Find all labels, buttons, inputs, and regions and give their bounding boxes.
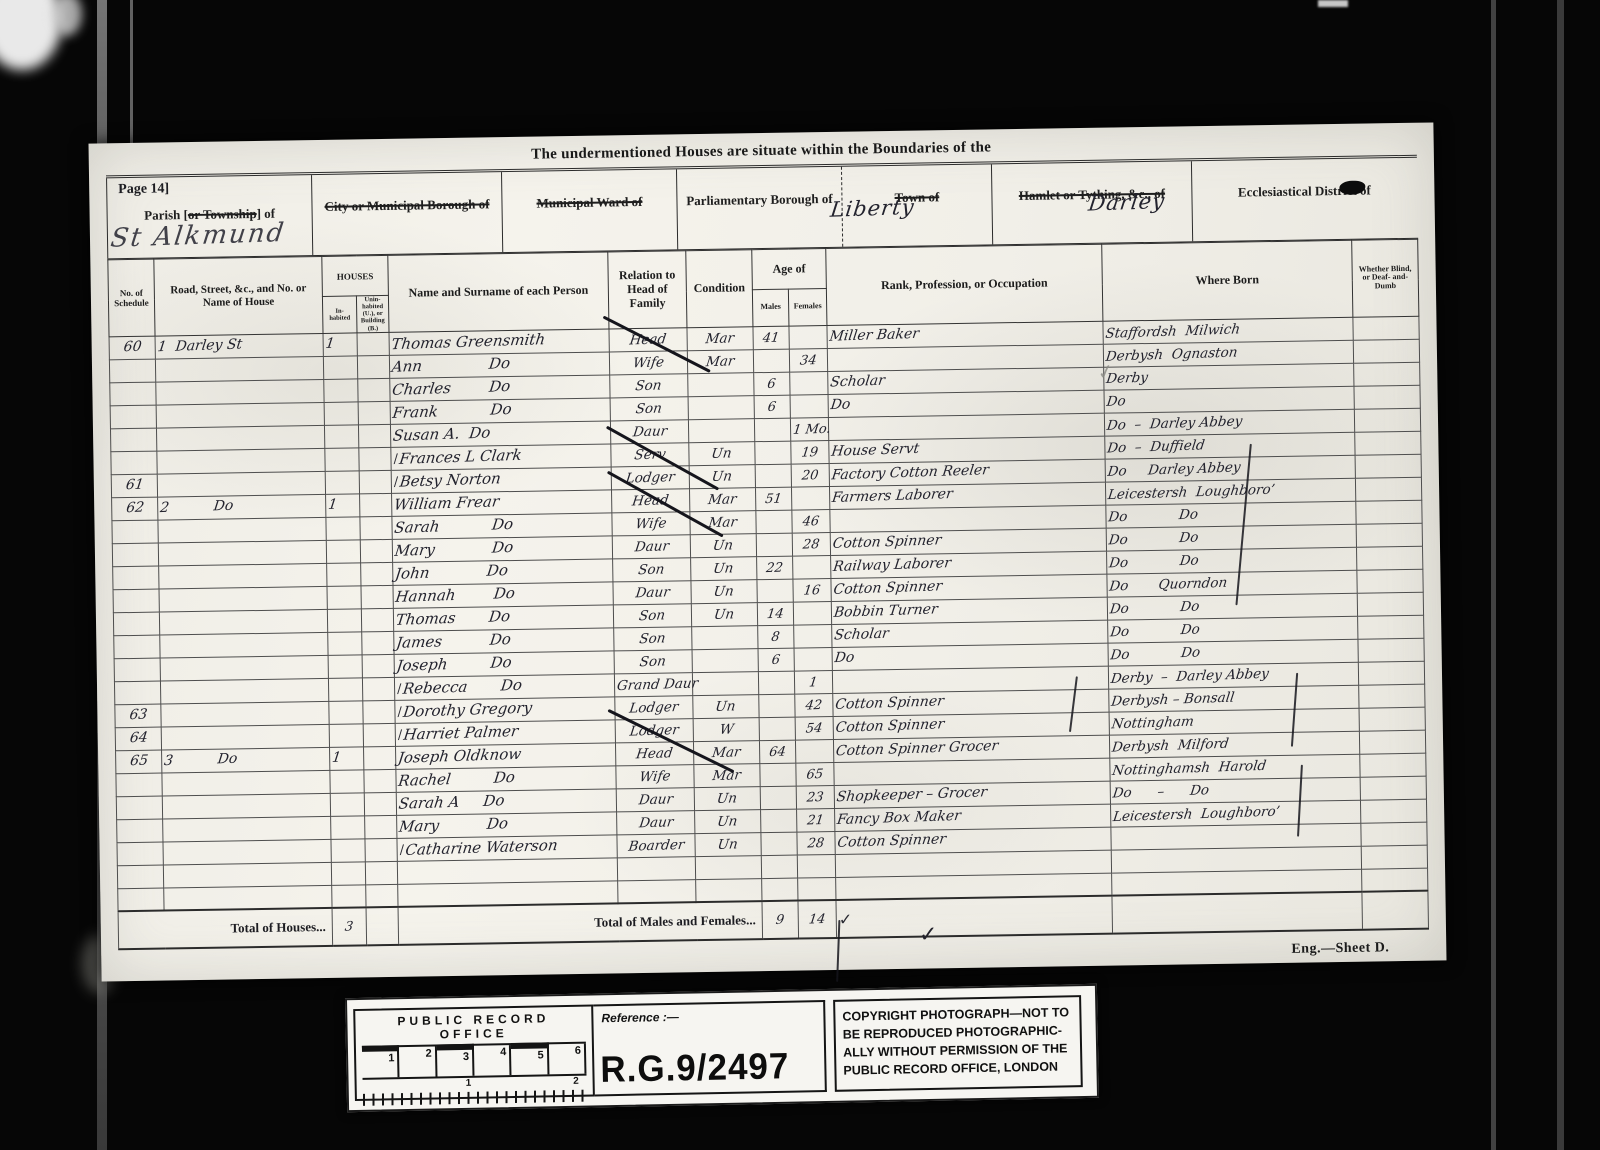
cell-age-m: 8 — [758, 625, 794, 649]
cell-inhabited — [326, 540, 360, 564]
cell-name: William Frear — [392, 490, 612, 516]
cell-schedule: 64 — [115, 727, 161, 751]
cell-condition: Un — [695, 832, 761, 856]
cell-relation: Lodger — [615, 695, 693, 719]
cell-uninhabited — [365, 838, 397, 862]
checkmark-icon: ✓ — [839, 909, 853, 928]
cell-blind — [1360, 753, 1426, 777]
cell-relation: Son — [613, 603, 691, 627]
cell-condition — [692, 671, 758, 695]
cell-road — [160, 655, 328, 681]
cell-age-m: 22 — [757, 556, 793, 580]
cell-name: ∕Frances L Clark — [391, 444, 611, 470]
cell-age-f: 23 — [796, 785, 834, 809]
col-header-occupation: Rank, Profession, or Occupation — [826, 244, 1103, 325]
cell-age-f: 20 — [791, 463, 829, 487]
cell-age-f — [794, 647, 832, 671]
total-males-females-label: Total of Males and Females... — [398, 901, 763, 945]
cell-inhabited — [328, 632, 362, 656]
cell-road — [157, 471, 325, 497]
film-edge-right-1 — [1491, 0, 1496, 1150]
cell-age-f — [798, 877, 836, 901]
cell-relation: Daur — [616, 787, 694, 811]
cell-schedule — [111, 451, 157, 475]
cell-uninhabited — [359, 447, 391, 471]
cell-uninhabited — [364, 769, 396, 793]
city-borough-field: City or Municipal Borough of — [311, 172, 502, 255]
cell-name: Joseph Do — [394, 651, 614, 677]
cell-inhabited — [327, 563, 361, 587]
cell-relation: Daur — [617, 810, 695, 834]
cell-road — [162, 770, 330, 796]
cell-blind — [1360, 799, 1426, 823]
cell-uninhabited — [357, 355, 389, 379]
cell-schedule — [114, 658, 160, 682]
cell-age-f: 28 — [792, 532, 830, 556]
cell-name: Rachel Do — [396, 766, 616, 792]
cell-age-m — [756, 533, 792, 557]
cell-name: Ann Do — [389, 352, 609, 378]
cell-uninhabited — [363, 723, 395, 747]
municipal-ward-field: Municipal Ward of — [501, 169, 677, 252]
cell-relation: Wife — [612, 511, 690, 535]
cell-inhabited — [332, 885, 366, 909]
cell-age-f: 19 — [791, 440, 829, 464]
cell-road — [158, 540, 326, 566]
cell-condition: Un — [695, 809, 761, 833]
cell-age-m — [759, 717, 795, 741]
cell-relation: Daur — [610, 419, 688, 443]
cell-relation: Son — [614, 626, 692, 650]
cell-inhabited: 1 — [330, 747, 364, 771]
cell-schedule — [110, 382, 156, 406]
empty-cell — [1362, 891, 1429, 930]
cell-inhabited — [324, 402, 358, 426]
cell-name: John Do — [393, 559, 613, 585]
col-header-blind: Whether Blind, or Deaf- and-Dumb — [1352, 239, 1419, 317]
cell-inhabited — [330, 770, 364, 794]
ruler-scale-top: 1 2 3 4 5 6 — [362, 1042, 587, 1078]
col-header-name: Name and Surname of each Person — [388, 252, 609, 332]
col-header-females: Females — [788, 289, 827, 326]
cell-relation: Boarder — [617, 833, 695, 857]
cell-age-m — [755, 441, 791, 465]
cell-age-f: 34 — [789, 348, 827, 372]
cell-age-m — [753, 349, 789, 373]
cell-relation: Wife — [616, 764, 694, 788]
cell-name: ∕Harriet Palmer — [395, 720, 615, 746]
clerk-tick: ∕ — [393, 452, 398, 467]
cell-condition: Un — [694, 786, 760, 810]
col-header-inhabited: In- habited — [322, 296, 357, 333]
cell-inhabited — [327, 586, 361, 610]
cell-age-m: 51 — [755, 487, 791, 511]
cell-inhabited — [325, 448, 359, 472]
cell-schedule — [117, 842, 163, 866]
cell-condition: Un — [689, 441, 755, 465]
cell-condition — [692, 648, 758, 672]
cell-blind — [1354, 362, 1420, 386]
cell-age-f: 42 — [795, 693, 833, 717]
cell-age-m: 6 — [754, 395, 790, 419]
cell-schedule — [117, 865, 163, 889]
cell-uninhabited — [359, 470, 391, 494]
cell-age-m — [761, 855, 797, 879]
census-table: No. of Schedule Road, Street, &c., and N… — [107, 239, 1429, 951]
cell-schedule — [112, 520, 158, 544]
pro-ruler: PUBLIC RECORD OFFICE 1 2 3 4 5 6 1 2 — [353, 1004, 595, 1101]
cell-inhabited — [328, 655, 362, 679]
cell-schedule — [110, 428, 156, 452]
parliamentary-borough-handwritten: Liberty — [829, 195, 916, 222]
cell-blind — [1358, 615, 1424, 639]
light-leak-top-left-2 — [52, 0, 82, 36]
cell-schedule — [109, 359, 155, 383]
cell-age-m: 14 — [757, 602, 793, 626]
cell-relation: Lodger — [611, 465, 689, 489]
cell-blind — [1357, 592, 1423, 616]
col-header-schedule: No. of Schedule — [108, 259, 155, 336]
cell-schedule — [117, 819, 163, 843]
cell-schedule — [118, 888, 164, 912]
film-edge-right-2 — [1557, 0, 1564, 1150]
cell-road — [163, 862, 331, 888]
cell-name: ∕Dorothy Gregory — [395, 697, 615, 723]
cell-uninhabited — [360, 493, 392, 517]
page-number: Page 14] — [118, 181, 169, 198]
cell-schedule — [110, 405, 156, 429]
cell-condition: Mar — [687, 326, 753, 350]
cell-age-f: 54 — [795, 716, 833, 740]
cell-condition — [695, 855, 761, 879]
cell-age-m — [754, 418, 790, 442]
parish-handwritten: St Alkmund — [109, 218, 287, 254]
cell-condition — [688, 395, 754, 419]
cell-uninhabited — [357, 332, 389, 356]
cell-age-f: 1 — [794, 670, 832, 694]
col-header-age: Age of — [752, 249, 827, 290]
ruler-number: 4 — [474, 1045, 512, 1076]
cell-road — [156, 425, 324, 451]
cell-road — [160, 632, 328, 658]
cell-blind — [1355, 431, 1421, 455]
town-handwritten: Darley — [1087, 189, 1167, 216]
cell-schedule: 65 — [116, 750, 162, 774]
cell-blind — [1353, 316, 1419, 340]
cell-uninhabited — [361, 562, 393, 586]
cell-inhabited — [331, 816, 365, 840]
totals-checkmark-cell: ✓ — [836, 896, 1113, 938]
cell-uninhabited — [363, 700, 395, 724]
cell-name: Mary Do — [397, 812, 617, 838]
cell-relation — [617, 856, 695, 880]
census-table-body: 601 Darley St1Thomas GreensmithHeadMar41… — [109, 316, 1428, 912]
cell-relation: Son — [610, 373, 688, 397]
census-page: The undermentioned Houses are situate wi… — [89, 122, 1447, 981]
public-record-office-stamp: PUBLIC RECORD OFFICE 1 2 3 4 5 6 1 2 Ref… — [345, 984, 1099, 1112]
cell-age-m — [761, 809, 797, 833]
clerk-tick: ∕ — [398, 728, 403, 743]
cell-road — [156, 402, 324, 428]
ruler-scale-bottom: 1 2 — [363, 1074, 587, 1106]
ecclesiastical-field: Ecclesiastical District of — [1191, 158, 1417, 242]
cell-condition: Mar — [690, 487, 756, 511]
cell-inhabited: 1 — [323, 333, 357, 357]
col-header-road: Road, Street, &c., and No. or Name of Ho… — [154, 256, 323, 335]
cell-condition: Mar — [687, 349, 753, 373]
cell-condition: Un — [691, 602, 757, 626]
cell-blind — [1357, 546, 1423, 570]
cell-blind — [1358, 661, 1424, 685]
cell-road — [163, 839, 331, 865]
cell-schedule: 60 — [109, 336, 155, 360]
cell-name: Frank Do — [390, 398, 610, 424]
cell-inhabited — [324, 379, 358, 403]
cell-inhabited — [330, 793, 364, 817]
cell-blind — [1361, 822, 1427, 846]
cell-uninhabited — [364, 792, 396, 816]
empty-cell — [366, 907, 399, 945]
cell-uninhabited — [360, 539, 392, 563]
cell-age-m — [760, 763, 796, 787]
clerk-tick: ∕ — [394, 475, 399, 490]
cell-road — [164, 885, 332, 911]
total-males-value: 9 — [762, 901, 799, 940]
cell-inhabited — [328, 678, 362, 702]
cell-road — [163, 816, 331, 842]
cell-road — [155, 356, 323, 382]
cell-blind — [1353, 339, 1419, 363]
cell-condition: W — [693, 717, 759, 741]
city-borough-label: City or Municipal Borough of — [324, 196, 489, 215]
cell-road — [159, 563, 327, 589]
cell-condition — [688, 418, 754, 442]
cell-age-f — [790, 394, 828, 418]
cell-inhabited — [329, 701, 363, 725]
cell-name: Joseph Oldknow — [396, 743, 616, 769]
col-header-males: Males — [752, 289, 789, 326]
municipal-ward-label: Municipal Ward of — [536, 194, 642, 212]
cell-relation: Serv — [611, 442, 689, 466]
cell-condition: Mar — [693, 740, 759, 764]
cell-age-f — [793, 555, 831, 579]
total-houses-value: 3 — [332, 908, 367, 947]
cell-name: ∕Rebecca Do — [394, 674, 614, 700]
cell-age-m — [758, 671, 794, 695]
copyright-notice: COPYRIGHT PHOTOGRAPH—NOT TO BE REPRODUCE… — [833, 995, 1083, 1092]
ruler-number: 5 — [511, 1042, 549, 1075]
cell-schedule — [116, 796, 162, 820]
cell-relation: Grand Daur — [614, 672, 692, 696]
cell-inhabited — [325, 471, 359, 495]
cell-schedule — [116, 773, 162, 797]
cell-age-f — [794, 624, 832, 648]
cell-age-f: 21 — [797, 808, 835, 832]
cell-age-m: 6 — [758, 648, 794, 672]
cell-relation — [618, 879, 696, 903]
ruler-number: 2 — [399, 1046, 437, 1077]
light-leak-top-right — [1318, 0, 1348, 7]
cell-age-f: 1 Mo. — [790, 417, 828, 441]
cell-road — [156, 379, 324, 405]
clerk-tick: ∕ — [397, 705, 402, 720]
reference-label: Reference :— — [601, 1007, 815, 1025]
cell-age-m — [755, 464, 791, 488]
cell-condition: Un — [690, 533, 756, 557]
ruler-number: 3 — [437, 1044, 475, 1077]
cell-name: Thomas Do — [393, 605, 613, 631]
pro-office-title: PUBLIC RECORD OFFICE — [361, 1011, 585, 1043]
cell-road: 1 Darley St — [155, 333, 323, 359]
cell-blind — [1356, 523, 1422, 547]
total-houses-label: Total of Houses... — [118, 908, 333, 949]
empty-cell — [1112, 892, 1363, 934]
cell-age-f — [790, 371, 828, 395]
cell-uninhabited — [360, 516, 392, 540]
cell-blind — [1362, 868, 1428, 892]
parliamentary-borough-label: Parliamentary Borough of — [686, 191, 833, 209]
clerk-tick: ∕ — [400, 843, 405, 858]
cell-uninhabited — [362, 654, 394, 678]
col-header-condition: Condition — [686, 250, 753, 328]
cell-uninhabited — [366, 884, 398, 908]
col-header-houses: HOUSES — [322, 255, 389, 296]
cell-age-m — [759, 694, 795, 718]
cell-age-m — [762, 878, 798, 902]
cell-road — [160, 678, 328, 704]
cell-uninhabited — [362, 631, 394, 655]
cell-inhabited — [326, 517, 360, 541]
cell-name: Hannah Do — [393, 582, 613, 608]
cell-inhabited: 1 — [326, 494, 360, 518]
cell-blind — [1356, 500, 1422, 524]
cell-schedule: 61 — [111, 474, 157, 498]
cell-uninhabited — [365, 815, 397, 839]
cell-age-m — [761, 832, 797, 856]
col-header-uninhabited: Unin- habited (U.), or Building (B.) — [356, 295, 389, 332]
cell-road: 3 Do — [162, 747, 330, 773]
cell-condition — [688, 372, 754, 396]
ruler-number: 6 — [549, 1044, 587, 1075]
cell-age-m: 6 — [754, 372, 790, 396]
cell-road — [161, 724, 329, 750]
cell-uninhabited — [361, 585, 393, 609]
cell-name: ∕Betsy Norton — [391, 467, 611, 493]
reference-number: R.G.9/2497 — [600, 1046, 790, 1092]
cell-name: Mary Do — [392, 536, 612, 562]
cell-schedule — [112, 543, 158, 567]
cell-age-f — [791, 486, 829, 510]
cell-uninhabited — [358, 424, 390, 448]
cell-relation: Daur — [612, 534, 690, 558]
cell-age-m — [756, 510, 792, 534]
cell-uninhabited — [364, 746, 396, 770]
cell-relation: Son — [613, 557, 691, 581]
cell-uninhabited — [362, 677, 394, 701]
cell-age-m: 64 — [759, 740, 795, 764]
cell-name: Thomas Greensmith — [389, 329, 609, 355]
cell-age-m — [760, 786, 796, 810]
cell-age-m — [757, 579, 793, 603]
cell-schedule: 62 — [112, 497, 158, 521]
cell-name: Sarah Do — [392, 513, 612, 539]
cell-schedule — [113, 612, 159, 636]
cell-name: James Do — [394, 628, 614, 654]
col-header-relation: Relation to Head of Family — [608, 251, 687, 329]
cell-inhabited — [323, 356, 357, 380]
cell-condition — [696, 878, 762, 902]
cell-road — [158, 517, 326, 543]
cell-inhabited — [329, 724, 363, 748]
cell-inhabited — [331, 839, 365, 863]
cell-uninhabited — [365, 861, 397, 885]
cell-schedule — [114, 635, 160, 659]
cell-uninhabited — [361, 608, 393, 632]
clerk-tick: ∕ — [397, 682, 402, 697]
cell-road: 2 Do — [158, 494, 326, 520]
cell-blind — [1359, 707, 1425, 731]
checkmark-below-totals: ✓ — [919, 922, 938, 947]
cell-road — [162, 793, 330, 819]
parliamentary-borough-field: Parliamentary Borough of — [676, 167, 842, 250]
cell-uninhabited — [358, 401, 390, 425]
cell-age-f — [789, 325, 827, 349]
cell-schedule — [113, 589, 159, 613]
cell-relation: Daur — [613, 580, 691, 604]
cell-age-f: 65 — [796, 762, 834, 786]
cell-blind — [1358, 638, 1424, 662]
cell-name — [398, 881, 618, 907]
cell-relation: Son — [614, 649, 692, 673]
cell-blind — [1361, 845, 1427, 869]
cell-relation: Son — [610, 396, 688, 420]
cell-road — [159, 586, 327, 612]
cell-inhabited — [327, 609, 361, 633]
cell-name: Charles Do — [390, 375, 610, 401]
cell-age-f — [795, 739, 833, 763]
cell-schedule — [113, 566, 159, 590]
cell-condition: Un — [691, 579, 757, 603]
cell-road — [157, 448, 325, 474]
cell-blind — [1359, 730, 1425, 754]
cell-age-f: 16 — [793, 578, 831, 602]
cell-uninhabited — [358, 378, 390, 402]
cell-road — [159, 609, 327, 635]
cell-condition: Un — [691, 556, 757, 580]
cell-blind — [1360, 776, 1426, 800]
cell-age-f: 28 — [797, 831, 835, 855]
cell-blind — [1354, 385, 1420, 409]
cell-name: Sarah A Do — [396, 789, 616, 815]
cell-blind — [1355, 477, 1421, 501]
cell-inhabited — [331, 862, 365, 886]
cell-name — [397, 858, 617, 884]
cell-condition — [692, 625, 758, 649]
cell-blind — [1359, 684, 1425, 708]
cell-inhabited — [324, 425, 358, 449]
ruler-number: 1 — [466, 1078, 472, 1089]
cell-schedule: 63 — [115, 704, 161, 728]
cell-blind — [1354, 408, 1420, 432]
total-females-value: 14 — [798, 900, 837, 939]
cell-schedule — [114, 681, 160, 705]
ruler-number: 2 — [573, 1076, 579, 1087]
cell-blind — [1357, 569, 1423, 593]
cell-age-f — [797, 854, 835, 878]
cell-age-m: 41 — [753, 326, 789, 350]
cell-age-f: 46 — [792, 509, 830, 533]
ruler-number: 1 — [362, 1045, 400, 1078]
